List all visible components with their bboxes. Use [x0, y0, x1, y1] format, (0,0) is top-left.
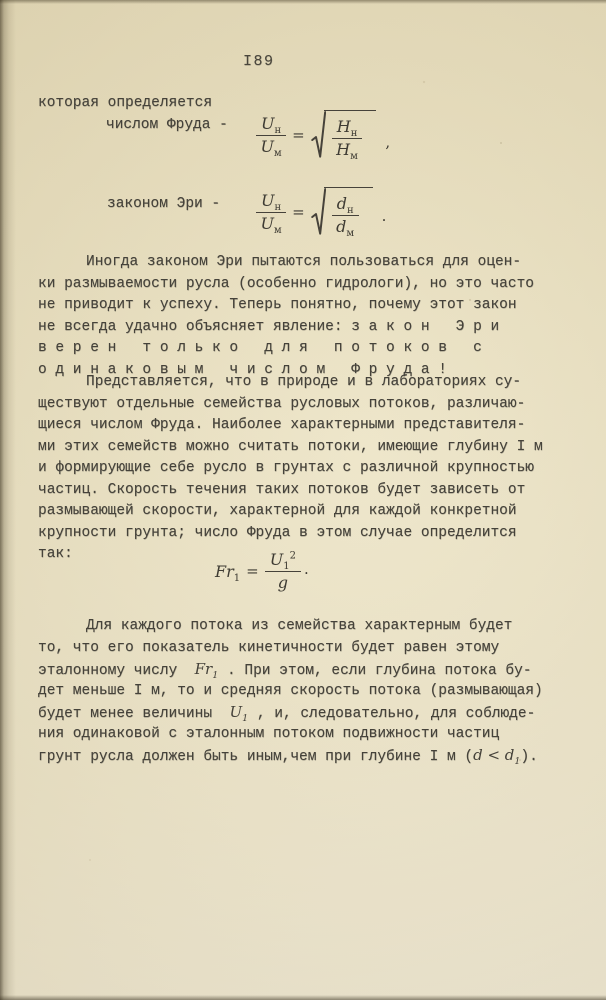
- intro-line: которая определяется: [38, 95, 212, 111]
- equation-punctuation: .: [304, 560, 309, 578]
- text-line: частиц. Скорость течения таких потоков б…: [38, 480, 543, 502]
- text-line: в е р е н т о л ь к о д л я п о т о к о …: [38, 338, 534, 360]
- text-line: не всегда удачно объясняет явление: з а …: [38, 317, 534, 339]
- text-line: ния одинаковой с эталонным потоком подви…: [38, 724, 543, 746]
- squared-exponent: 2: [290, 551, 296, 562]
- froude-number-symbol: Fr1: [215, 562, 240, 581]
- text-line: размывающей скорости, характерной для ка…: [38, 501, 543, 523]
- velocity-squared-over-g-fraction: U12 g: [265, 550, 301, 592]
- text-line: и формирующие себе русло в грунтах с раз…: [38, 458, 543, 480]
- nature-subscript: н: [351, 128, 358, 139]
- velocity-symbol: U: [270, 550, 283, 569]
- inline-math: d < d: [473, 746, 514, 764]
- equals-sign: =: [292, 203, 305, 221]
- nature-subscript: н: [274, 125, 281, 136]
- equals-sign: =: [246, 562, 259, 580]
- depth-symbol: H: [336, 140, 350, 159]
- reference-subscript: 1: [283, 561, 289, 572]
- froude-kinetic-equation: Fr1 = U12 g .: [215, 550, 309, 592]
- model-subscript: м: [350, 151, 358, 162]
- text-line: будет менее величины U1 , и, следователь…: [38, 702, 543, 724]
- grain-size-symbol: d: [336, 217, 346, 236]
- airy-law-label: законом Эри -: [107, 196, 220, 212]
- depth-symbol: H: [337, 117, 351, 136]
- equation-punctuation: ,: [385, 133, 390, 151]
- text-line: ки размываемости русла (особенно гидроло…: [38, 274, 534, 296]
- text-line: то, что его показатель кинетичности буде…: [38, 638, 543, 660]
- scanned-book-page: I89 которая определяется числом Фруда - …: [0, 0, 606, 1000]
- page-number: I89: [243, 53, 275, 70]
- froude-similarity-equation: Uн Uм = Hн Hм ,: [256, 110, 390, 160]
- velocity-symbol: U: [261, 191, 274, 210]
- text-line: щиеся числом Фруда. Наиболее характерным…: [38, 415, 543, 437]
- text-line: ми этих семейств можно считать потоки, и…: [38, 437, 543, 459]
- inline-math: Fr: [195, 660, 213, 678]
- grain-ratio-fraction: dн dм: [332, 194, 359, 236]
- froude-number-label: числом Фруда -: [106, 117, 228, 133]
- nature-subscript: н: [347, 205, 354, 216]
- paragraph-froude-families: Представляется, что в природе и в лабора…: [38, 372, 543, 566]
- model-subscript: м: [346, 228, 354, 239]
- velocity-symbol: U: [260, 214, 273, 233]
- square-root: dн dм: [311, 187, 373, 237]
- velocity-symbol: U: [260, 137, 273, 156]
- model-subscript: м: [274, 148, 282, 159]
- nature-subscript: н: [274, 202, 281, 213]
- gravity-symbol: g: [278, 573, 288, 592]
- text-line: крупности грунта; число Фруда в этом слу…: [38, 523, 543, 545]
- velocity-ratio-fraction: Uн Uм: [256, 114, 286, 156]
- text-line: не приводит к успеху. Теперь понятно, по…: [38, 295, 534, 317]
- text-line: грунт русла должен быть иным,чем при глу…: [38, 745, 543, 767]
- text-line: Иногда законом Эри пытаются пользоваться…: [38, 252, 534, 274]
- text-line: дет меньше I м, то и средняя скорость по…: [38, 681, 543, 703]
- square-root: Hн Hм: [311, 110, 377, 160]
- velocity-symbol: U: [261, 114, 274, 133]
- text-line: Для каждого потока из семейства характер…: [38, 616, 543, 638]
- text-line: эталонному числу Fr1 . При этом, если гл…: [38, 659, 543, 681]
- velocity-ratio-fraction: Uн Uм: [256, 191, 286, 233]
- equals-sign: =: [292, 126, 305, 144]
- text-line: ществуют отдельные семейства русловых по…: [38, 394, 543, 416]
- text-line: Представляется, что в природе и в лабора…: [38, 372, 543, 394]
- paragraph-flow-family-properties: Для каждого потока из семейства характер…: [38, 616, 543, 767]
- airy-law-equation: Uн Uм = dн dм .: [256, 187, 386, 237]
- reference-subscript: 1: [234, 573, 240, 584]
- grain-size-symbol: d: [337, 194, 347, 213]
- model-subscript: м: [274, 225, 282, 236]
- depth-ratio-fraction: Hн Hм: [332, 117, 363, 159]
- paragraph-airy-critique: Иногда законом Эри пытаются пользоваться…: [38, 252, 534, 381]
- inline-math: U: [229, 703, 242, 721]
- equation-punctuation: .: [382, 207, 387, 225]
